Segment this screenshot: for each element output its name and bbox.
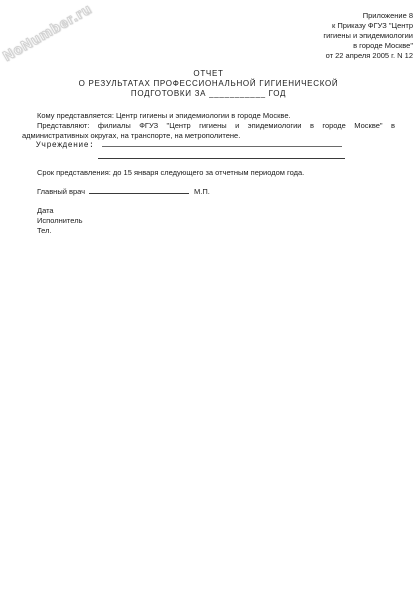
date-label: Дата bbox=[37, 206, 395, 216]
chief-doctor-signature-line[interactable] bbox=[89, 186, 189, 194]
institution-label: Учреждение: bbox=[36, 141, 94, 151]
report-title-line-1: ОТЧЕТ bbox=[22, 69, 395, 79]
report-title: ОТЧЕТ О РЕЗУЛЬТАТАХ ПРОФЕССИОНАЛЬНОЙ ГИГ… bbox=[22, 69, 395, 99]
executor-label: Исполнитель bbox=[37, 216, 395, 226]
report-description: Кому представляется: Центр гигиены и эпи… bbox=[22, 111, 395, 141]
document-content: ОТЧЕТ О РЕЗУЛЬТАТАХ ПРОФЕССИОНАЛЬНОЙ ГИГ… bbox=[22, 0, 395, 236]
phone-label: Тел. bbox=[37, 226, 395, 236]
submitters-line: Представляют: филиалы ФГУЗ "Центр гигиен… bbox=[22, 121, 395, 131]
institution-field-line-2[interactable] bbox=[98, 151, 345, 159]
report-title-line-2: О РЕЗУЛЬТАТАХ ПРОФЕССИОНАЛЬНОЙ ГИГИЕНИЧЕ… bbox=[22, 79, 395, 89]
institution-row: Учреждение: bbox=[22, 139, 395, 151]
signature-row: Главный врач М.П. bbox=[22, 186, 395, 197]
footer-block: Дата Исполнитель Тел. bbox=[22, 206, 395, 236]
document-page: NoNumber.ru Приложение 8 к Приказу ФГУЗ … bbox=[0, 0, 420, 600]
chief-doctor-label: Главный врач bbox=[37, 187, 85, 197]
recipient-line: Кому представляется: Центр гигиены и эпи… bbox=[22, 111, 395, 121]
deadline-line: Срок представления: до 15 января следующ… bbox=[22, 168, 395, 178]
institution-field-line-1[interactable] bbox=[102, 139, 342, 147]
seal-mark-label: М.П. bbox=[194, 187, 210, 197]
report-title-line-3: ПОДГОТОВКИ ЗА ___________ ГОД bbox=[22, 89, 395, 99]
